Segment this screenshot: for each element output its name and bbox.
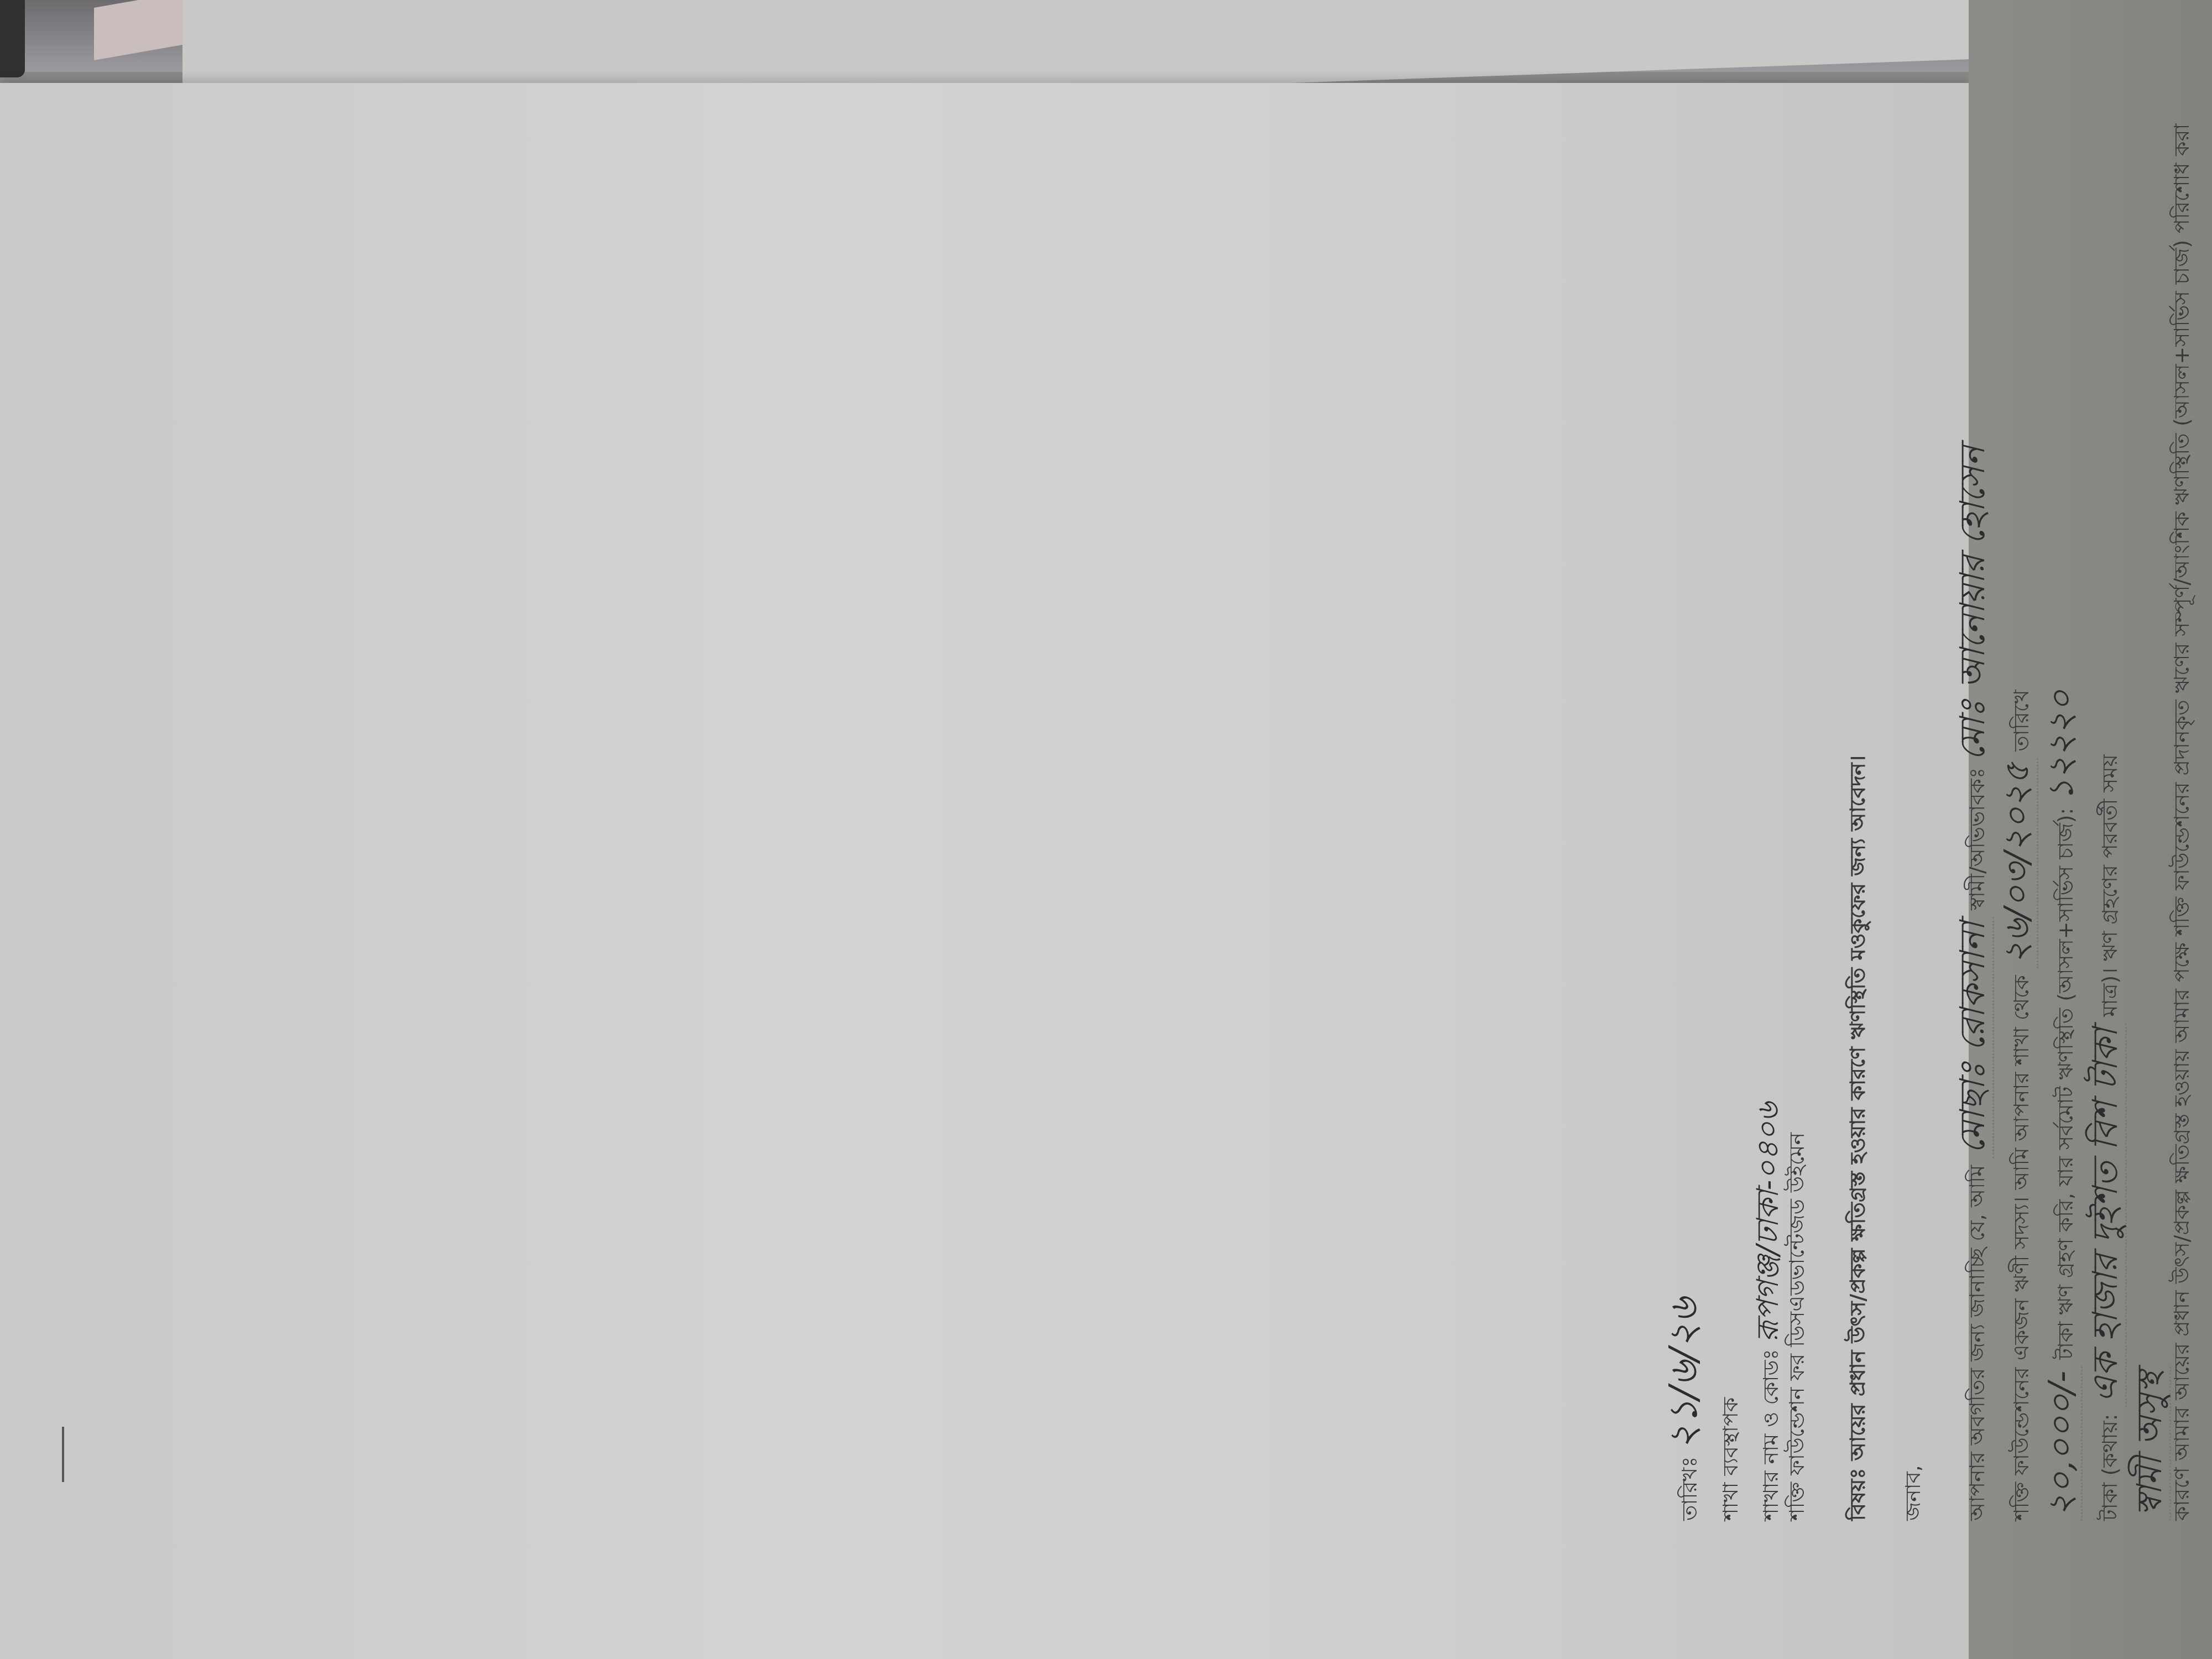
para1-text-g: মাত্র)। ঋণ গ্রহণের পরবর্তী সময়	[2098, 754, 2122, 1017]
para1-text-f: টাকা (কথায়:	[2098, 1413, 2122, 1521]
para1-text-c: শক্তি ফাউন্ডেশনের একজন ঋণী সদস্য। আমি আপ…	[2009, 975, 2033, 1521]
para1-text-e: টাকা ঋণ গ্রহণ করি, যার সর্বমোট ঋণস্থিতি …	[2053, 808, 2078, 1360]
subject-line: বিষয়ঃ আয়ের প্রধান উৎস/প্রকল্প ক্ষতিগ্র…	[1841, 755, 1877, 1521]
branch-code-label: শাখার নাম ও কোডঃ	[1759, 1349, 1783, 1521]
rotated-application-form: তারিখঃ ২১/৬/২৬ শাখা ব্যবস্থাপক শাখার নাম…	[1631, 28, 2212, 1521]
date-line: তারিখঃ ২১/৬/২৬	[1653, 1298, 1718, 1521]
date-value: ২১/৬/২৬	[1661, 1298, 1706, 1450]
branch-code-value: রূপগঞ্জ/ঢাকা-০৪০৬	[1750, 1102, 1785, 1342]
para1-text-a: আপনার অবগতির জন্য জানাচ্ছি যে, আমি	[1965, 1165, 1989, 1521]
loan-amount-handwritten: ২০,০০০/-	[2041, 1366, 2083, 1521]
para1-text-b: স্বামী/অভিভাবকঃ	[1965, 768, 1989, 910]
applicant-name-handwritten: মোছাঃ রোকসানা	[1952, 917, 1994, 1158]
date-label: তারিখঃ	[1677, 1456, 1702, 1521]
salutation: জনাব,	[1897, 1465, 1932, 1521]
loan-date-handwritten: ২৬/০৩/২০২৫	[1996, 758, 2038, 968]
balance-in-words-handwritten: এক হাজার দুইশত বিশ টাকা	[2085, 1024, 2127, 1407]
para1-text-d: তারিখে	[2009, 690, 2033, 752]
addressee-line-3: শক্তি ফাউন্ডেশন ফর ডিসএডভান্টেজড উইমেন	[1781, 1133, 1816, 1521]
guardian-name-handwritten: মোঃ আনোয়ার হোসেন	[1952, 446, 1992, 760]
margin-pen-mark	[62, 1427, 64, 1482]
loan-balance-handwritten: ১২২২০	[2041, 690, 2081, 801]
dark-object-corner	[0, 0, 25, 77]
para1-text-h: কারণে আমার আয়ের প্রধান উৎস/প্রকল্প ক্ষত…	[2162, 83, 2212, 1521]
